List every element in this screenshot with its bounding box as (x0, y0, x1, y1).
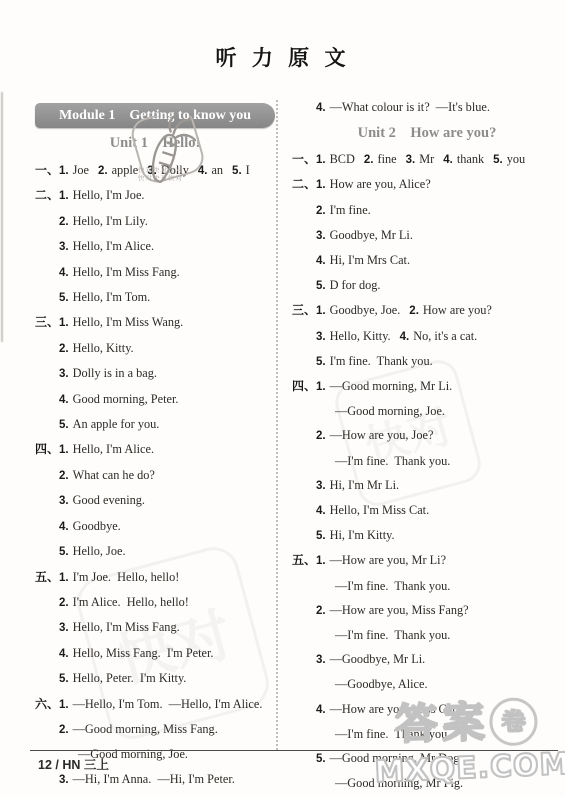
line-segment: 2.Hello, Kitty. (59, 339, 134, 356)
transcript-line: 4.Good morning, Peter. (35, 387, 275, 412)
transcript-line: 5.An apple for you. (35, 412, 275, 437)
item-text: Good evening. (73, 493, 145, 507)
item-number: 1. (59, 317, 69, 329)
item-number: 5. (316, 530, 326, 542)
line-segment: 1.BCD (316, 150, 355, 167)
section-marker: 四、 (35, 438, 59, 461)
item-number: 4. (443, 154, 453, 166)
right-transcript-pre-lines: 4.—What colour is it? —It's blue. (292, 95, 562, 120)
item-number: 2. (316, 430, 326, 442)
line-segment: —I'm fine. Thank you. (335, 577, 450, 594)
item-text: Hello, I'm Lily. (73, 214, 148, 228)
line-segment: 4.No, it's a cat. (400, 327, 478, 344)
item-text: —What colour is it? —It's blue. (330, 100, 490, 114)
item-text: —Hi, I'm Anna. —Hi, I'm Peter. (73, 772, 235, 786)
scan-edge-artifact (1, 92, 3, 342)
stamp-caption-line2: 快对快对快对 (138, 174, 183, 182)
section-marker: 二、 (35, 184, 59, 207)
line-segment: 5.Hello, I'm Tom. (59, 288, 150, 305)
item-number: 4. (59, 648, 69, 660)
line-segment: 4.Hello, I'm Miss Fang. (59, 263, 180, 280)
item-number: 4. (316, 704, 326, 716)
item-text: Hello, I'm Tom. (73, 290, 151, 304)
line-segment: 5.Hi, I'm Kitty. (316, 526, 395, 543)
stamp-caption-line1: 快对快对快对 (138, 166, 183, 174)
item-text: you (507, 152, 525, 166)
transcript-line: 3.Good evening. (35, 488, 275, 513)
line-segment: 3.Good evening. (59, 491, 145, 508)
item-number: 1. (316, 555, 326, 567)
transcript-line: 5.Hello, I'm Tom. (35, 285, 275, 310)
line-segment: 2.I'm fine. (316, 201, 371, 218)
item-number: 5. (232, 165, 242, 177)
item-text: BCD (330, 152, 355, 166)
item-text: Hello, Kitty. (330, 329, 391, 343)
line-segment: 2.fine (364, 150, 397, 167)
item-text: Hello, I'm Miss Wang. (73, 315, 184, 329)
item-number: 2. (59, 724, 69, 736)
item-number: 2. (409, 305, 419, 317)
item-number: 5. (59, 546, 69, 558)
transcript-line: 3.Goodbye, Mr Li. (292, 223, 562, 248)
item-number: 3. (59, 495, 69, 507)
transcript-line: 5.Hi, I'm Kitty. (292, 523, 562, 548)
line-segment: 3.Hello, Kitty. (316, 327, 391, 344)
transcript-line: 4.Hello, I'm Miss Cat. (292, 498, 562, 523)
item-number: 3. (406, 154, 416, 166)
item-text: Hello, Joe. (73, 544, 126, 558)
line-segment: 3.Dolly is in a bag. (59, 364, 157, 381)
item-text: How are you, Alice? (330, 177, 431, 191)
item-number: 4. (316, 505, 326, 517)
item-text: An apple for you. (73, 417, 160, 431)
watermark-char: 案 (442, 700, 485, 747)
item-text: Joe (73, 163, 89, 177)
section-marker: 六、 (35, 693, 59, 716)
line-segment: 4.Goodbye. (59, 517, 121, 534)
item-text: —I'm fine. Thank you. (335, 579, 450, 593)
transcript-line: 4.Hi, I'm Mrs Cat. (292, 248, 562, 273)
item-text: No, it's a cat. (413, 329, 477, 343)
transcript-line: 2.Hello, Kitty. (35, 336, 275, 361)
item-number: 2. (59, 216, 69, 228)
item-number: 3. (316, 654, 326, 666)
line-segment: 5.I (232, 161, 250, 178)
item-text: Goodbye. (73, 519, 121, 533)
answer-site-watermark: 答 案 卷 MXQE.COM (373, 697, 561, 789)
transcript-line: —I'm fine. Thank you. (292, 574, 562, 598)
item-number: 5. (316, 280, 326, 292)
item-number: 5. (59, 292, 69, 304)
item-number: 5. (316, 356, 326, 368)
item-text: Good morning, Peter. (73, 392, 179, 406)
line-segment: 4.Good morning, Peter. (59, 390, 178, 407)
item-number: 3. (316, 480, 326, 492)
item-number: 3. (59, 774, 69, 786)
item-number: 1. (316, 305, 326, 317)
item-number: 5. (316, 753, 326, 765)
scanned-workbook-page: 听 力 原 文 Module 1 Getting to know you Uni… (0, 0, 565, 797)
transcript-line: 3.Hello, Kitty.4.No, it's a cat. (292, 324, 562, 349)
item-number: 2. (316, 605, 326, 617)
unit-2-heading: Unit 2 How are you? (292, 120, 562, 147)
item-text: —How are you, Miss Fang? (330, 603, 469, 617)
line-segment: 1.How are you, Alice? (316, 175, 431, 192)
item-number: 2. (59, 470, 69, 482)
item-number: 4. (316, 255, 326, 267)
transcript-line: —Goodbye, Alice. (292, 672, 562, 696)
watermark-circle-char: 卷 (501, 709, 526, 734)
line-segment: 1.—How are you, Mr Li? (316, 551, 446, 568)
item-number: 1. (316, 381, 326, 393)
item-text: fine (377, 152, 396, 166)
item-number: 4. (59, 521, 69, 533)
line-segment: 5.Hello, Joe. (59, 542, 126, 559)
item-text: Hi, I'm Mrs Cat. (330, 253, 410, 267)
item-number: 1. (59, 444, 69, 456)
line-segment: 5.An apple for you. (59, 415, 159, 432)
watermark-char: 答 (395, 701, 438, 748)
section-marker: 二、 (292, 173, 316, 196)
transcript-line: 3.Dolly is in a bag. (35, 361, 275, 386)
transcript-line: 四、1.Hello, I'm Alice. (35, 437, 275, 462)
page-title: 听 力 原 文 (0, 42, 565, 72)
line-segment: 1.Goodbye, Joe. (316, 301, 400, 318)
stamp-caption: 快对快对快对 快对快对快对 (138, 166, 183, 182)
section-marker: 三、 (35, 311, 59, 334)
item-text: I (246, 163, 250, 177)
line-segment: 3.—Goodbye, Mr Li. (316, 650, 425, 667)
item-text: Goodbye, Mr Li. (330, 228, 413, 242)
item-text: Hi, I'm Kitty. (330, 528, 395, 542)
transcript-line: 2.Hello, I'm Lily. (35, 209, 275, 234)
item-text: thank (457, 152, 484, 166)
section-marker: 一、 (35, 159, 59, 182)
item-number: 1. (59, 190, 69, 202)
watermark-circle-logo: 卷 (489, 697, 538, 746)
line-segment: 5.you (493, 150, 525, 167)
item-text: Mr (419, 152, 434, 166)
transcript-line: 4.—What colour is it? —It's blue. (292, 95, 562, 120)
item-number: 3. (59, 241, 69, 253)
item-number: 1. (316, 179, 326, 191)
line-segment: 4.thank (443, 150, 484, 167)
transcript-line: 二、1.How are you, Alice? (292, 172, 562, 197)
item-number: 2. (364, 154, 374, 166)
line-segment: 5.D for dog. (316, 276, 380, 293)
item-number: 1. (59, 165, 69, 177)
item-text: —Goodbye, Alice. (335, 677, 428, 691)
item-text: What can he do? (73, 468, 155, 482)
line-segment: 2.What can he do? (59, 466, 155, 483)
line-segment: 3.Mr (406, 150, 435, 167)
item-text: Dolly is in a bag. (73, 366, 157, 380)
section-marker: 四、 (292, 375, 316, 398)
line-segment: 1.Joe (59, 161, 89, 178)
item-text: Goodbye, Joe. (330, 303, 401, 317)
line-segment: 4.Hi, I'm Mrs Cat. (316, 251, 410, 268)
item-number: 4. (59, 267, 69, 279)
watermark-brand: 答 案 卷 (373, 697, 560, 750)
line-segment: 2.—How are you, Miss Fang? (316, 601, 469, 618)
item-number: 2. (98, 165, 108, 177)
line-segment: 2.How are you? (409, 301, 492, 318)
line-segment: 3.Hello, I'm Alice. (59, 237, 154, 254)
item-number: 4. (59, 394, 69, 406)
item-number: 3. (59, 368, 69, 380)
item-text: —Goodbye, Mr Li. (330, 652, 426, 666)
item-number: 2. (59, 343, 69, 355)
item-number: 2. (316, 205, 326, 217)
transcript-line: —I'm fine. Thank you. (292, 623, 562, 647)
transcript-line: 5.D for dog. (292, 273, 562, 298)
item-text: Hello, I'm Alice. (73, 442, 154, 456)
transcript-line: 2.—How are you, Miss Fang? (292, 598, 562, 623)
transcript-line: 2.I'm fine. (292, 198, 562, 223)
section-marker: 五、 (35, 566, 59, 589)
line-segment: 3.Goodbye, Mr Li. (316, 226, 413, 243)
transcript-line: 4.Goodbye. (35, 514, 275, 539)
item-number: 3. (316, 331, 326, 343)
transcript-line: 3.—Goodbye, Mr Li. (292, 647, 562, 672)
transcript-line: 三、1.Goodbye, Joe.2.How are you? (292, 298, 562, 323)
item-number: 5. (59, 673, 69, 685)
item-text: —I'm fine. Thank you. (335, 628, 450, 642)
item-number: 1. (316, 154, 326, 166)
watermark-site-url: MXQE.COM (374, 748, 561, 790)
item-text: Hello, I'm Miss Fang. (73, 265, 180, 279)
item-text: —How are you, Mr Li? (330, 553, 446, 567)
line-segment: 1.Hello, I'm Miss Wang. (59, 313, 183, 330)
transcript-line: 2.What can he do? (35, 463, 275, 488)
line-segment: 2.Hello, I'm Lily. (59, 212, 148, 229)
page-number: 12 / HN 三上 (38, 755, 109, 773)
item-number: 4. (400, 331, 410, 343)
item-text: Hello, Kitty. (73, 341, 134, 355)
item-number: 5. (493, 154, 503, 166)
line-segment: —I'm fine. Thank you. (335, 626, 450, 643)
section-marker: 五、 (292, 549, 316, 572)
item-text: I'm fine. (330, 203, 371, 217)
section-marker: 三、 (292, 299, 316, 322)
transcript-line: 4.Hello, I'm Miss Fang. (35, 260, 275, 285)
section-marker: 一、 (292, 148, 316, 171)
item-number: 4. (316, 102, 326, 114)
line-segment: —Goodbye, Alice. (335, 675, 428, 692)
item-number: 3. (59, 622, 69, 634)
item-number: 3. (316, 230, 326, 242)
item-number: 1. (59, 699, 69, 711)
column-divider (276, 100, 278, 750)
line-segment: 4.—What colour is it? —It's blue. (316, 98, 490, 115)
transcript-line: 3.Hello, I'm Alice. (35, 234, 275, 259)
transcript-line: 一、1.BCD2.fine3.Mr4.thank5.you (292, 147, 562, 172)
item-text: How are you? (423, 303, 492, 317)
transcript-line: 五、1.—How are you, Mr Li? (292, 548, 562, 573)
item-text: Hello, I'm Alice. (73, 239, 154, 253)
item-number: 2. (59, 597, 69, 609)
item-number: 1. (59, 572, 69, 584)
transcript-line: 三、1.Hello, I'm Miss Wang. (35, 310, 275, 335)
line-segment: 1.Hello, I'm Alice. (59, 440, 154, 457)
item-number: 5. (59, 419, 69, 431)
item-text: D for dog. (330, 278, 381, 292)
